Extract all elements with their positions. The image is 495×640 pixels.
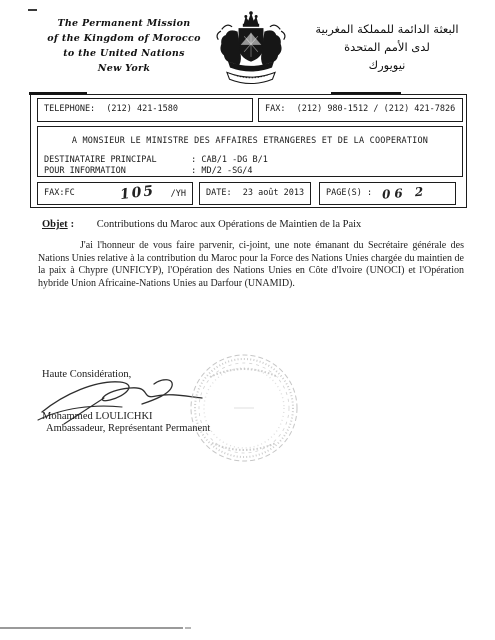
- fax-fc-box: FAX:FC 105 /YH: [37, 182, 193, 205]
- objet-label: Objet: [42, 219, 68, 230]
- mission-ar-line3: نيويورك: [303, 56, 471, 74]
- mission-en-line3: to the United Nations: [40, 46, 208, 61]
- pages-box: PAGE(S) : 06 2: [319, 182, 456, 205]
- scan-artifact-line: [0, 627, 183, 629]
- objet-colon: :: [71, 219, 75, 230]
- destinataire-value: : CAB/1 -DG B/1: [191, 155, 268, 165]
- addressee-box: A MONSIEUR LE MINISTRE DES AFFAIRES ETRA…: [37, 126, 463, 177]
- mission-en-line4: New York: [40, 61, 208, 76]
- destinataire-row: DESTINATAIRE PRINCIPAL : CAB/1 -DG B/1: [44, 155, 462, 165]
- destinataire-label: DESTINATAIRE PRINCIPAL: [44, 155, 186, 165]
- addressee-line: A MONSIEUR LE MINISTRE DES AFFAIRES ETRA…: [38, 136, 462, 146]
- telephone-value: (212) 421-1580: [106, 104, 178, 114]
- fax-fc-suffix: /YH: [171, 189, 186, 199]
- telephone-box: TELEPHONE: (212) 421-1580: [37, 98, 253, 122]
- fax-document-page: The Permanent Mission of the Kingdom of …: [0, 0, 495, 640]
- morocco-coat-of-arms-icon: [208, 8, 294, 92]
- objet-row: Objet: Contributions du Maroc aux Opérat…: [42, 219, 361, 230]
- fax-fc-number-handwritten: 105: [119, 183, 156, 203]
- date-label: DATE:: [206, 188, 232, 198]
- fax-number-box: FAX: (212) 980-1512 / (212) 421-7826: [258, 98, 463, 122]
- fax-fc-label: FAX:FC: [44, 188, 75, 198]
- mission-en-line1: The Permanent Mission: [40, 16, 208, 31]
- signatory-name: Mohammed LOULICHKI: [42, 411, 153, 422]
- fax-value: (212) 980-1512 / (212) 421-7826: [297, 104, 456, 114]
- scan-artifact-dot: [185, 627, 191, 629]
- pour-information-row: POUR INFORMATION : MD/2 -SG/4: [44, 166, 462, 176]
- telephone-label: TELEPHONE:: [44, 104, 95, 114]
- date-box: DATE: 23 août 2013: [199, 182, 311, 205]
- scan-smudge: [29, 92, 87, 95]
- mission-ar-line2: لدى الأمم المتحدة: [303, 38, 471, 56]
- mission-ar-line1: البعثة الدائمة للمملكة المغربية: [303, 20, 471, 38]
- fax-routing-form: TELEPHONE: (212) 421-1580 FAX: (212) 980…: [30, 94, 467, 208]
- pour-information-value: : MD/2 -SG/4: [191, 166, 252, 176]
- fax-label: FAX:: [265, 104, 285, 114]
- date-value: 23 août 2013: [243, 188, 304, 198]
- mission-name-arabic: البعثة الدائمة للمملكة المغربية لدى الأم…: [303, 20, 471, 74]
- scan-artifact-speck: [28, 9, 37, 11]
- letter-body-paragraph: J'ai l'honneur de vous faire parvenir, c…: [38, 240, 464, 290]
- mission-en-line2: of the Kingdom of Morocco: [40, 31, 208, 46]
- circular-stamp: [182, 351, 306, 467]
- pour-information-label: POUR INFORMATION: [44, 166, 186, 176]
- objet-value: Contributions du Maroc aux Opérations de…: [97, 219, 362, 230]
- pages-label: PAGE(S) :: [326, 188, 372, 198]
- pages-value-handwritten: 06 2: [382, 184, 428, 201]
- scan-smudge: [331, 92, 401, 94]
- mission-name-english: The Permanent Mission of the Kingdom of …: [40, 16, 208, 76]
